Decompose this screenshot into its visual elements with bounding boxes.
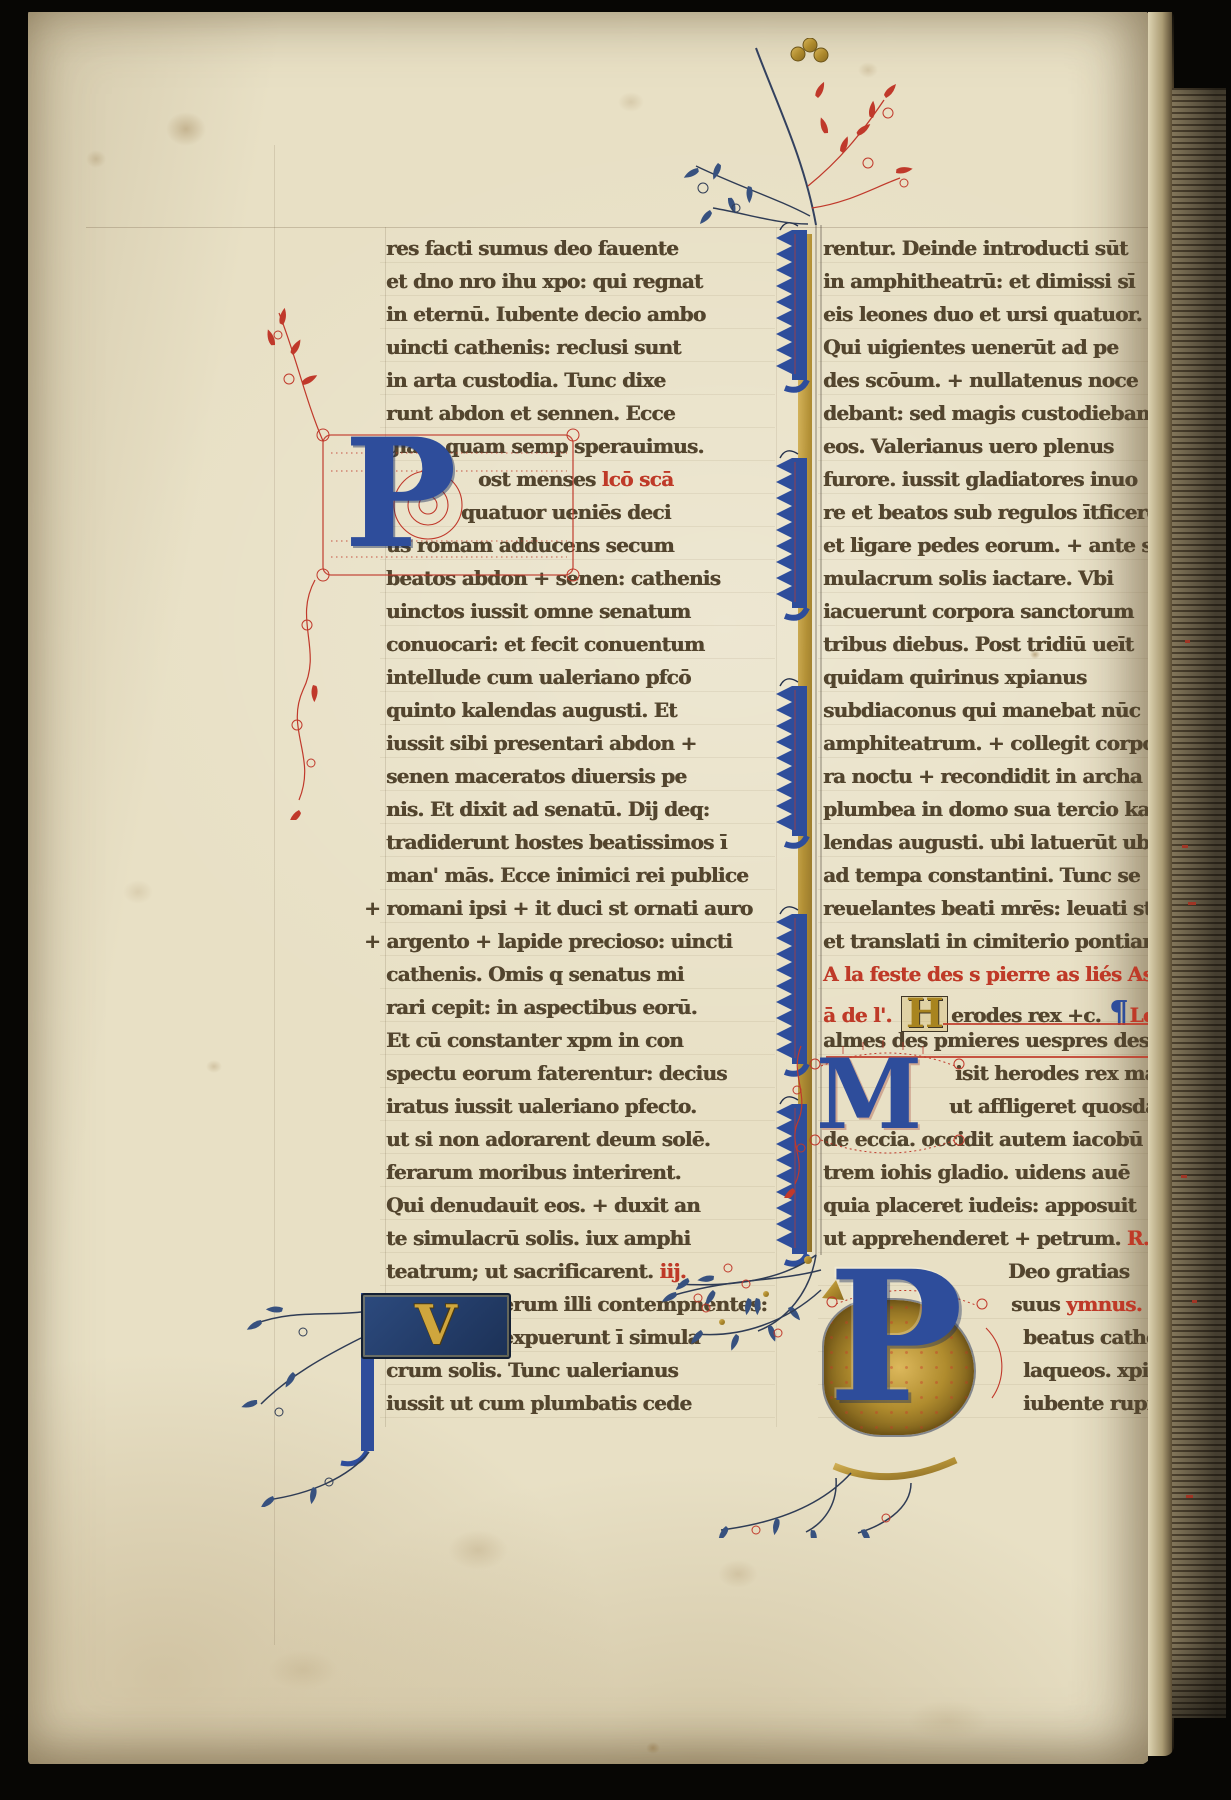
text-segment: et dno nro ihu xpo: qui regnat <box>386 269 702 293</box>
page-edge-curl <box>1148 8 1174 1756</box>
parchment-page: res facti sumus deo fauenteet dno nro ih… <box>28 10 1152 1765</box>
text-segment: R. <box>1127 1226 1149 1250</box>
photo-frame-top <box>0 0 1231 12</box>
red-ink-speck <box>1185 640 1190 643</box>
initial-v-letter: V <box>415 1293 457 1357</box>
text-segment: Qui denudauit eos. + duxit an <box>386 1193 700 1217</box>
parchment-stain <box>718 1560 758 1588</box>
illuminated-initial-petrus-P: P <box>828 1232 963 1443</box>
book-fore-edge <box>1148 0 1231 1800</box>
edge-shadow-top <box>1172 0 1226 100</box>
red-ink-speck <box>1188 902 1196 905</box>
text-segment: cathenis. Omis q senatus mi <box>386 962 684 986</box>
illuminated-initial-P: P <box>344 406 457 582</box>
photo-frame-left <box>0 0 28 1800</box>
ruling-line-horizontal <box>86 227 1171 228</box>
parchment-stain <box>166 112 206 146</box>
red-ink-speck <box>1182 845 1188 848</box>
red-ink-speck <box>1192 1300 1197 1303</box>
red-ink-speck <box>1186 1495 1193 1498</box>
parchment-stain <box>618 92 644 112</box>
parchment-stain <box>123 880 153 904</box>
photo-frame-bottom <box>0 1764 1231 1800</box>
parchment-stain <box>268 1650 338 1690</box>
parchment-stain <box>908 1700 988 1740</box>
red-ink-speck <box>1181 1175 1187 1178</box>
rubric-underline <box>943 1023 1171 1025</box>
text-segment: iratus iussit ualeriano pfecto. <box>386 1094 696 1118</box>
illuminated-initial-V: V <box>361 1293 511 1359</box>
parchment-stain <box>206 1060 222 1073</box>
manuscript-photo: res facti sumus deo fauenteet dno nro ih… <box>0 0 1231 1800</box>
text-segment: Et cū constanter xpm in con <box>386 1028 683 1052</box>
text-segment: ferarum moribus interirent. <box>386 1160 681 1184</box>
text-segment: ymnus. <box>1066 1292 1142 1316</box>
parchment-stain <box>646 1742 660 1754</box>
text-segment: rari cepit: in aspectibus eorū. <box>386 995 697 1019</box>
illuminated-initial-M: M <box>816 1038 922 1151</box>
parchment-stain <box>448 1530 508 1570</box>
parchment-stain <box>86 150 106 168</box>
text-segment: res facti sumus deo fauente <box>386 236 678 260</box>
adjacent-page-edge <box>1172 88 1226 1718</box>
